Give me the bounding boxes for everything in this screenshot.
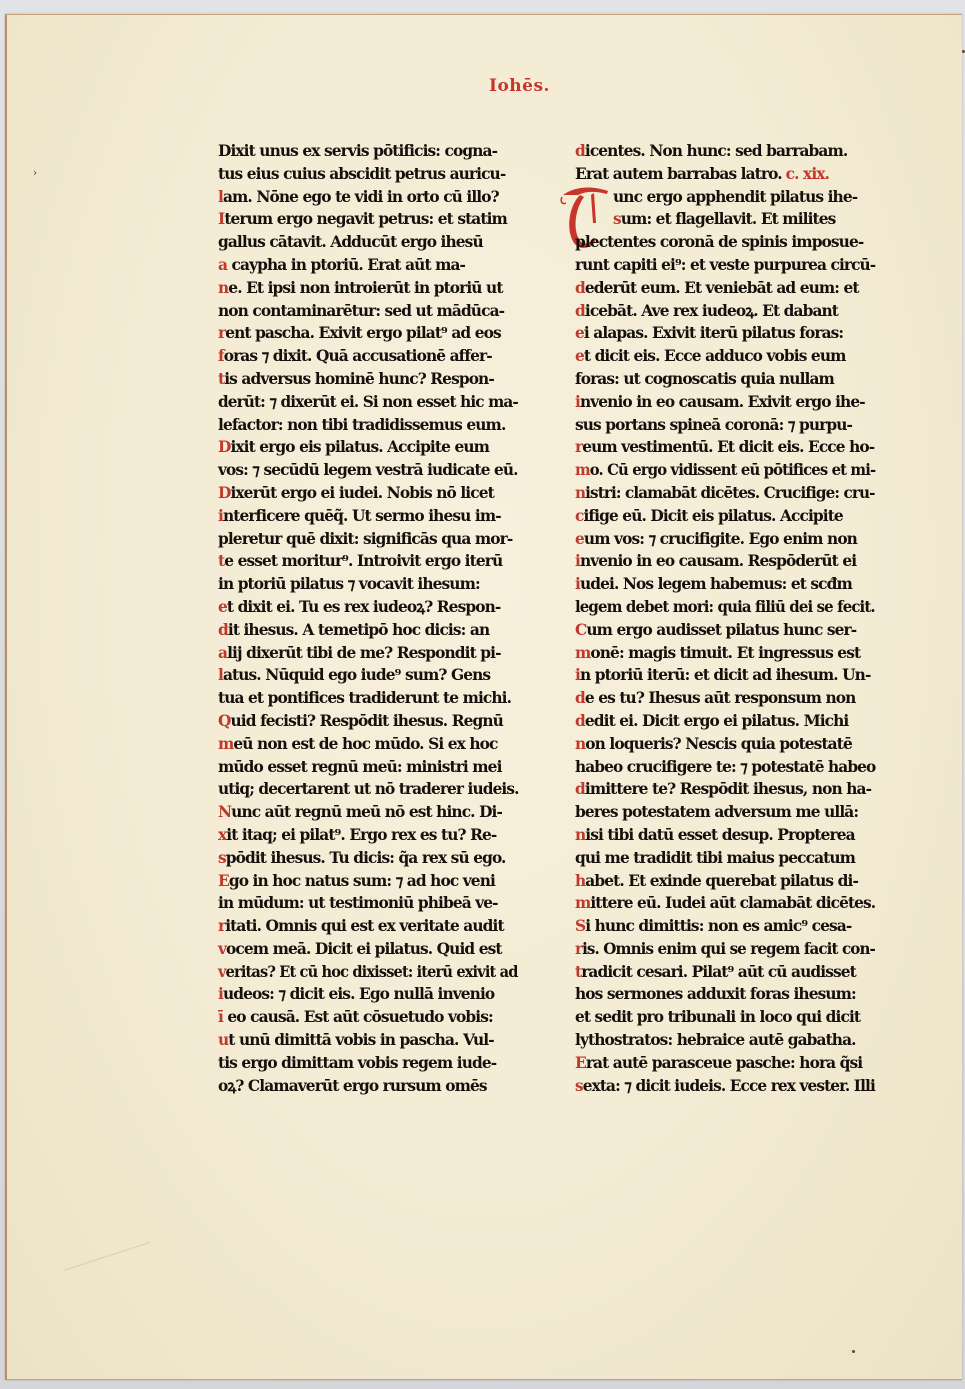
- rubricated-initial: r: [218, 917, 225, 935]
- text-line: utiq; decertarent ut nō traderer iudeis.: [218, 778, 517, 801]
- line-text: gallus cātavit. Adducūt ergo ihesū: [218, 233, 483, 251]
- text-line: lythostratos: hebraice autē gabatha.: [575, 1029, 875, 1052]
- rubricated-initial: s: [613, 210, 621, 228]
- text-line: invenio in eo causam. Respōderūt ei: [575, 550, 875, 573]
- text-line: tus eius cuius abscidit petrus auricu-: [218, 163, 518, 186]
- text-line: Erat autē parasceue pasche: hora q̃si: [575, 1052, 875, 1075]
- line-text: ei alapas. Exivit iterū pilatus foras:: [575, 324, 843, 342]
- line-text: nistri: clamabāt dicētes. Crucifige: cru…: [575, 484, 875, 502]
- rubricated-initial: i: [575, 575, 580, 593]
- rubricated-initial: f: [218, 347, 224, 365]
- rubricated-initial: C: [575, 621, 586, 639]
- text-column-left: Dixit unus ex servis pōtificis: cogna-tu…: [218, 140, 518, 1097]
- line-text: dicentes. Non hunc: sed barrabam.: [575, 142, 847, 160]
- rubricated-initial: m: [575, 644, 590, 662]
- text-line: Cum ergo audisset pilatus hunc ser-: [575, 619, 875, 642]
- rubricated-initial: x: [218, 826, 226, 844]
- text-line: non loqueris? Nescis quia potestatē: [575, 733, 875, 756]
- line-text: pleretur quē dixit: significās qua mor-: [218, 530, 512, 548]
- line-text: Cum ergo audisset pilatus hunc ser-: [575, 621, 856, 639]
- line-text: lam. Nōne ego te vidi in orto cū illo?: [218, 188, 499, 206]
- line-text: utiq; decertarent ut nō traderer iudeis.: [218, 780, 519, 798]
- rubricated-initial: d: [575, 302, 585, 320]
- text-line: veritas? Et cū hoc dixisset: iterū exivi…: [218, 961, 502, 984]
- rubricated-initial: d: [575, 142, 585, 160]
- rubricated-initial: m: [575, 461, 590, 479]
- text-line: oꝝ? Clamaverūt ergo rursum omēs: [218, 1075, 518, 1098]
- text-line: meū non est de hoc mūdo. Si ex hoc: [218, 733, 518, 756]
- line-text: Ego in hoc natus sum: ⁊ ad hoc veni: [218, 872, 495, 890]
- line-text: legem debet mori: quia filiū dei se feci…: [575, 598, 875, 616]
- ink-speck: [852, 1350, 855, 1353]
- line-text: eum vos: ⁊ crucifigite. Ego enim non: [575, 530, 857, 548]
- rubricated-initial: t: [218, 370, 224, 388]
- line-text: Dixerūt ergo ei iudei. Nobis nō licet: [218, 484, 494, 502]
- text-line: runt capiti ei⁹: et veste purpurea circū…: [575, 254, 874, 277]
- rubricated-initial: Q: [218, 712, 231, 730]
- text-line: mittere eū. Iudei aūt clamabāt dicētes.: [575, 892, 874, 915]
- rubricated-initial: n: [575, 484, 585, 502]
- text-line: cifige eū. Dicit eis pilatus. Accipite: [575, 505, 875, 528]
- text-line: derūt: ⁊ dixerūt ei. Si non esset hic ma…: [218, 391, 516, 414]
- rubricated-initial: D: [218, 484, 230, 502]
- text-line: mo. Cū ergo vidissent eū pōtifices et mi…: [575, 459, 864, 482]
- line-text: derūt: ⁊ dixerūt ei. Si non esset hic ma…: [218, 393, 518, 411]
- line-text: mittere eū. Iudei aūt clamabāt dicētes.: [575, 894, 875, 912]
- line-text: Quid fecisti? Respōdit ihesus. Regnū: [218, 712, 503, 730]
- text-line: et sedit pro tribunali in loco qui dicit: [575, 1006, 875, 1029]
- line-text: sus portans spineā coronā: ⁊ purpu-: [575, 416, 852, 434]
- line-text: habet. Et exinde querebat pilatus di-: [575, 872, 858, 890]
- text-line: foras: ut cognoscatis quia nullam: [575, 368, 875, 391]
- text-line: beres potestatem adversum me ullā:: [575, 801, 875, 824]
- text-line: tis ergo dimittam vobis regem iude-: [218, 1052, 518, 1075]
- text-line: habet. Et exinde querebat pilatus di-: [575, 870, 875, 893]
- text-line: in ptoriū pilatus ⁊ vocavit ihesum:: [218, 573, 518, 596]
- text-line: de es tu? Ihesus aūt responsum non: [575, 687, 875, 710]
- rubricated-initial: i: [218, 985, 223, 1003]
- text-line: eum vos: ⁊ crucifigite. Ego enim non: [575, 528, 875, 551]
- text-line: rent pascha. Exivit ergo pilat⁹ ad eos: [218, 322, 518, 345]
- line-text: dicebāt. Ave rex iudeoꝝ. Et dabant: [575, 302, 838, 320]
- line-text: plectentes coronā de spinis imposue-: [575, 233, 863, 251]
- text-line: vos: ⁊ secūdū legem vestrā iudicate eū.: [218, 459, 517, 482]
- line-text: monē: magis timuit. Et ingressus est: [575, 644, 860, 662]
- text-line: tis adversus hominē hunc? Respon-: [218, 368, 518, 391]
- text-line: et dicit eis. Ecce adduco vobis eum: [575, 345, 875, 368]
- text-line: gallus cātavit. Adducūt ergo ihesū: [218, 231, 518, 254]
- line-text: non loqueris? Nescis quia potestatē: [575, 735, 852, 753]
- rubricated-initial: a: [218, 256, 227, 274]
- rubricated-initial: i: [575, 666, 580, 684]
- text-line: sum: et flagellavit. Et milites: [575, 208, 875, 231]
- text-line: tua et pontifices tradiderunt te michi.: [218, 687, 518, 710]
- line-text: iudeos: ⁊ dicit eis. Ego nullā invenio: [218, 985, 494, 1003]
- line-text: qui me tradidit tibi maius peccatum: [575, 849, 855, 867]
- line-text: et dicit eis. Ecce adduco vobis eum: [575, 347, 846, 365]
- rubricated-initial: i: [575, 393, 580, 411]
- rubricated-initial: d: [575, 689, 585, 707]
- text-line: Erat autem barrabas latro.c. xix.: [575, 163, 875, 186]
- text-line: dit ihesus. A temetipō hoc dicis: an: [218, 619, 518, 642]
- text-line: dedit ei. Dicit ergo ei pilatus. Michi: [575, 710, 875, 733]
- line-text: invenio in eo causam. Respōderūt ei: [575, 552, 856, 570]
- text-line: et dixit ei. Tu es rex iudeoꝝ? Respon-: [218, 596, 518, 619]
- text-line: Nunc aūt regnū meū nō est hinc. Di-: [218, 801, 518, 824]
- rubricated-initial: S: [575, 917, 585, 935]
- rubricated-initial: r: [575, 438, 582, 456]
- line-text: Erat autē parasceue pasche: hora q̃si: [575, 1054, 862, 1072]
- text-line: hos sermones adduxit foras ihesum:: [575, 983, 875, 1006]
- text-line: sexta: ⁊ dicit iudeis. Ecce rex vester. …: [575, 1075, 874, 1098]
- text-line: unc ergo apphendit pilatus ihe-: [575, 186, 875, 209]
- text-line: in ptoriū iterū: et dicit ad ihesum. Un-: [575, 664, 875, 687]
- line-text: tis ergo dimittam vobis regem iude-: [218, 1054, 496, 1072]
- rubricated-initial: m: [218, 735, 233, 753]
- line-text: foras ⁊ dixit. Quā accusationē affer-: [218, 347, 492, 365]
- rubricated-initial: N: [218, 803, 231, 821]
- text-line: foras ⁊ dixit. Quā accusationē affer-: [218, 345, 518, 368]
- line-text: Dixit ergo eis pilatus. Accipite eum: [218, 438, 489, 456]
- text-line: ritati. Omnis qui est ex veritate audit: [218, 915, 518, 938]
- line-text: et dixit ei. Tu es rex iudeoꝝ? Respon-: [218, 598, 500, 616]
- text-line: iudeos: ⁊ dicit eis. Ego nullā invenio: [218, 983, 518, 1006]
- text-line: mūdo esset regnū meū: ministri mei: [218, 756, 518, 779]
- line-text: nisi tibi datū esset desup. Propterea: [575, 826, 855, 844]
- text-line: ne. Et ipsi non introierūt in ptoriū ut: [218, 277, 518, 300]
- text-line: iudei. Nos legem habemus: et scđm: [575, 573, 875, 596]
- rubricated-initial: c: [575, 507, 583, 525]
- rubricated-initial: l: [218, 188, 223, 206]
- rubricated-initial: s: [218, 849, 226, 867]
- rubricated-initial: i: [218, 507, 223, 525]
- rubricated-initial: d: [575, 712, 585, 730]
- rubricated-initial: r: [575, 940, 582, 958]
- text-line: dederūt eum. Et veniebāt ad eum: et: [575, 277, 875, 300]
- line-text: oꝝ? Clamaverūt ergo rursum omēs: [218, 1077, 487, 1095]
- line-text: in ptoriū iterū: et dicit ad ihesum. Un-: [575, 666, 870, 684]
- rubricated-initial: e: [575, 347, 584, 365]
- text-line: ei alapas. Exivit iterū pilatus foras:: [575, 322, 875, 345]
- rubricated-initial: E: [575, 1054, 586, 1072]
- rubricated-initial: l: [218, 666, 223, 684]
- rubricated-initial: ī: [218, 1008, 223, 1026]
- rubricated-initial: t: [218, 552, 224, 570]
- line-text: Nunc aūt regnū meū nō est hinc. Di-: [218, 803, 502, 821]
- line-text: lythostratos: hebraice autē gabatha.: [575, 1031, 856, 1049]
- line-text: in ptoriū pilatus ⁊ vocavit ihesum:: [218, 575, 480, 593]
- rubricated-initial: i: [575, 552, 580, 570]
- line-text: vos: ⁊ secūdū legem vestrā iudicate eū.: [218, 461, 518, 479]
- line-text: vocem meā. Dicit ei pilatus. Quid est: [218, 940, 502, 958]
- rubricated-initial: h: [575, 872, 585, 890]
- rubricated-initial: a: [218, 644, 227, 662]
- line-text: Si hunc dimittis: non es amic⁹ cesa-: [575, 917, 851, 935]
- rubricated-initial: e: [575, 324, 584, 342]
- text-line: spōdit ihesus. Tu dicis: q̃a rex sū ego.: [218, 847, 518, 870]
- line-text: et sedit pro tribunali in loco qui dicit: [575, 1008, 860, 1026]
- running-head-book-title: Iohēs.: [489, 76, 550, 96]
- text-line: Dixit ergo eis pilatus. Accipite eum: [218, 436, 518, 459]
- rubricated-initial: v: [218, 963, 226, 981]
- text-line: dimittere te? Respōdit ihesus, non ha-: [575, 778, 875, 801]
- line-text: beres potestatem adversum me ullā:: [575, 803, 858, 821]
- line-text: Dixit unus ex servis pōtificis: cogna-: [218, 142, 497, 160]
- text-line: latus. Nūquid ego iude⁹ sum? Gens: [218, 664, 518, 687]
- line-text: hos sermones adduxit foras ihesum:: [575, 985, 856, 1003]
- line-text: ne. Et ipsi non introierūt in ptoriū ut: [218, 279, 503, 297]
- line-text: reum vestimentū. Et dicit eis. Ecce ho-: [575, 438, 874, 456]
- text-line: Iterum ergo negavit petrus: et statim: [218, 208, 518, 231]
- line-text: tradicit cesari. Pilat⁹ aūt cū audisset: [575, 963, 856, 981]
- line-text: ut unū dimittā vobis in pascha. Vul-: [218, 1031, 494, 1049]
- line-text: Erat autem barrabas latro.: [575, 165, 782, 183]
- text-line: invenio in eo causam. Exivit ergo ihe-: [575, 391, 875, 414]
- line-text: lefactor: non tibi tradidissemus eum.: [218, 416, 505, 434]
- rubricated-initial: n: [575, 735, 585, 753]
- line-text: meū non est de hoc mūdo. Si ex hoc: [218, 735, 497, 753]
- rubricated-initial: n: [575, 826, 585, 844]
- text-line: monē: magis timuit. Et ingressus est: [575, 642, 875, 665]
- rubricated-initial: d: [575, 279, 585, 297]
- line-text: invenio in eo causam. Exivit ergo ihe-: [575, 393, 865, 411]
- text-line: Si hunc dimittis: non es amic⁹ cesa-: [575, 915, 875, 938]
- text-line: lefactor: non tibi tradidissemus eum.: [218, 414, 518, 437]
- line-text: dederūt eum. Et veniebāt ad eum: et: [575, 279, 859, 297]
- line-text: foras: ut cognoscatis quia nullam: [575, 370, 834, 388]
- line-text: interficere quēq̃. Ut sermo ihesu im-: [218, 507, 501, 525]
- line-text: Iterum ergo negavit petrus: et statim: [218, 210, 507, 228]
- line-text: runt capiti ei⁹: et veste purpurea circū…: [575, 256, 875, 274]
- text-line: ī eo causā. Est aūt cōsuetudo vobis:: [218, 1006, 518, 1029]
- line-text: xit itaq; ei pilat⁹. Ergo rex es tu? Re-: [218, 826, 496, 844]
- rubricated-initial: d: [218, 621, 228, 639]
- margin-mark: ›: [33, 168, 37, 179]
- text-line: dicentes. Non hunc: sed barrabam.: [575, 140, 875, 163]
- text-line: xit itaq; ei pilat⁹. Ergo rex es tu? Re-: [218, 824, 518, 847]
- line-text: ī eo causā. Est aūt cōsuetudo vobis:: [218, 1008, 493, 1026]
- rubricated-initial: d: [575, 780, 585, 798]
- rubricated-initial: t: [575, 963, 581, 981]
- line-text: de es tu? Ihesus aūt responsum non: [575, 689, 855, 707]
- rubricated-initial: m: [575, 894, 590, 912]
- text-line: Dixit unus ex servis pōtificis: cogna-: [218, 140, 518, 163]
- chapter-number-marker: c. xix.: [786, 165, 829, 183]
- text-line: tradicit cesari. Pilat⁹ aūt cū audisset: [575, 961, 875, 984]
- line-text: ritati. Omnis qui est ex veritate audit: [218, 917, 504, 935]
- line-text: te esset moritur⁹. Introivit ergo iterū: [218, 552, 502, 570]
- line-text: spōdit ihesus. Tu dicis: q̃a rex sū ego.: [218, 849, 506, 867]
- rubricated-initial: e: [218, 598, 227, 616]
- line-text: mo. Cū ergo vidissent eū pōtifices et mi…: [575, 461, 875, 479]
- text-line: pleretur quē dixit: significās qua mor-: [218, 528, 518, 551]
- line-text: sexta: ⁊ dicit iudeis. Ecce rex vester. …: [575, 1077, 875, 1095]
- rubricated-initial: e: [575, 530, 584, 548]
- line-text: veritas? Et cū hoc dixisset: iterū exivi…: [218, 963, 518, 981]
- text-line: nisi tibi datū esset desup. Propterea: [575, 824, 875, 847]
- text-line: reum vestimentū. Et dicit eis. Ecce ho-: [575, 436, 875, 459]
- text-line: qui me tradidit tibi maius peccatum: [575, 847, 875, 870]
- rubricated-initial: E: [218, 872, 229, 890]
- text-line: Dixerūt ergo ei iudei. Nobis nō licet: [218, 482, 518, 505]
- text-line: ris. Omnis enim qui se regem facit con-: [575, 938, 869, 961]
- text-line: non contaminarētur: sed ut mādūca-: [218, 300, 518, 323]
- text-line: sus portans spineā coronā: ⁊ purpu-: [575, 414, 875, 437]
- line-text: non contaminarētur: sed ut mādūca-: [218, 302, 504, 320]
- text-line: dicebāt. Ave rex iudeoꝝ. Et dabant: [575, 300, 875, 323]
- line-text: alij dixerūt tibi de me? Respondit pi-: [218, 644, 501, 662]
- text-line: alij dixerūt tibi de me? Respondit pi-: [218, 642, 518, 665]
- text-line: interficere quēq̃. Ut sermo ihesu im-: [218, 505, 518, 528]
- text-line: vocem meā. Dicit ei pilatus. Quid est: [218, 938, 518, 961]
- line-text: tis adversus hominē hunc? Respon-: [218, 370, 494, 388]
- text-line: Quid fecisti? Respōdit ihesus. Regnū: [218, 710, 518, 733]
- line-text: tus eius cuius abscidit petrus auricu-: [218, 165, 505, 183]
- text-line: habeo crucifigere te: ⁊ potestatē habeo: [575, 756, 874, 779]
- rubricated-initial: I: [218, 210, 224, 228]
- text-line: lam. Nōne ego te vidi in orto cū illo?: [218, 186, 518, 209]
- line-text: habeo crucifigere te: ⁊ potestatē habeo: [575, 758, 875, 776]
- text-line: plectentes coronā de spinis imposue-: [575, 231, 875, 254]
- rubricated-initial: D: [218, 438, 230, 456]
- line-text: a caypha in ptoriū. Erat aūt ma-: [218, 256, 465, 274]
- line-text: ris. Omnis enim qui se regem facit con-: [575, 940, 875, 958]
- rubricated-initial: r: [218, 324, 225, 342]
- line-text: sum: et flagellavit. Et milites: [613, 210, 835, 228]
- text-line: in mūdum: ut testimoniū phibeā ve-: [218, 892, 518, 915]
- rubricated-initial: u: [218, 1031, 228, 1049]
- line-text: unc ergo apphendit pilatus ihe-: [613, 188, 857, 206]
- line-text: dedit ei. Dicit ergo ei pilatus. Michi: [575, 712, 848, 730]
- text-line: ut unū dimittā vobis in pascha. Vul-: [218, 1029, 518, 1052]
- line-text: iudei. Nos legem habemus: et scđm: [575, 575, 852, 593]
- text-line: Ego in hoc natus sum: ⁊ ad hoc veni: [218, 870, 518, 893]
- line-text: tua et pontifices tradiderunt te michi.: [218, 689, 511, 707]
- text-line: te esset moritur⁹. Introivit ergo iterū: [218, 550, 518, 573]
- line-text: cifige eū. Dicit eis pilatus. Accipite: [575, 507, 843, 525]
- rubricated-initial: v: [218, 940, 226, 958]
- text-line: legem debet mori: quia filiū dei se feci…: [575, 596, 866, 619]
- rubricated-initial: s: [575, 1077, 583, 1095]
- text-line: a caypha in ptoriū. Erat aūt ma-: [218, 254, 518, 277]
- rubricated-initial: n: [218, 279, 228, 297]
- line-text: dit ihesus. A temetipō hoc dicis: an: [218, 621, 489, 639]
- line-text: rent pascha. Exivit ergo pilat⁹ ad eos: [218, 324, 501, 342]
- line-text: latus. Nūquid ego iude⁹ sum? Gens: [218, 666, 490, 684]
- text-line: nistri: clamabāt dicētes. Crucifige: cru…: [575, 482, 871, 505]
- text-column-right: dicentes. Non hunc: sed barrabam.Erat au…: [575, 140, 875, 1097]
- line-text: mūdo esset regnū meū: ministri mei: [218, 758, 502, 776]
- line-text: in mūdum: ut testimoniū phibeā ve-: [218, 894, 498, 912]
- line-text: dimittere te? Respōdit ihesus, non ha-: [575, 780, 871, 798]
